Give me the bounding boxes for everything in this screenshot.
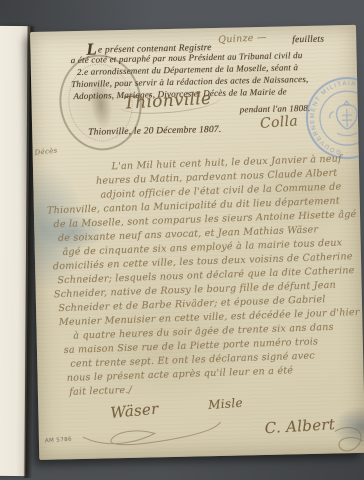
header-line-6: pendant l'an 1808. (240, 103, 311, 115)
stamp-eagle-emblem-icon (329, 101, 364, 136)
mairie-name-handwritten: Thionville (119, 88, 222, 116)
header-line-1-end: feuillets (292, 35, 324, 46)
act-body: L'an Mil huit cent huit, le deux Janvier… (39, 152, 359, 400)
pencil-archival-note: AM 5786 (45, 437, 72, 445)
folio-count-handwritten: Quinze — (218, 32, 267, 46)
witness-signature-waser: Wäser (110, 400, 160, 422)
witness-signature-misle: Misle (208, 396, 244, 413)
president-signature: Colla (259, 113, 298, 132)
header-dateline: Thionville, le 20 Décembre 1807. (88, 125, 221, 138)
archival-photo-backdrop: Le présent contenant Registre Quinze — f… (0, 0, 364, 480)
blue-government-stamp-icon: · GOUVERNEMENT MILITAIRE · DIEDENHOFEN · (303, 74, 364, 162)
register-page: Le présent contenant Registre Quinze — f… (30, 25, 364, 460)
officer-signature-albert: C. Albert (264, 415, 335, 437)
margin-note-deces: Décès (34, 146, 58, 156)
